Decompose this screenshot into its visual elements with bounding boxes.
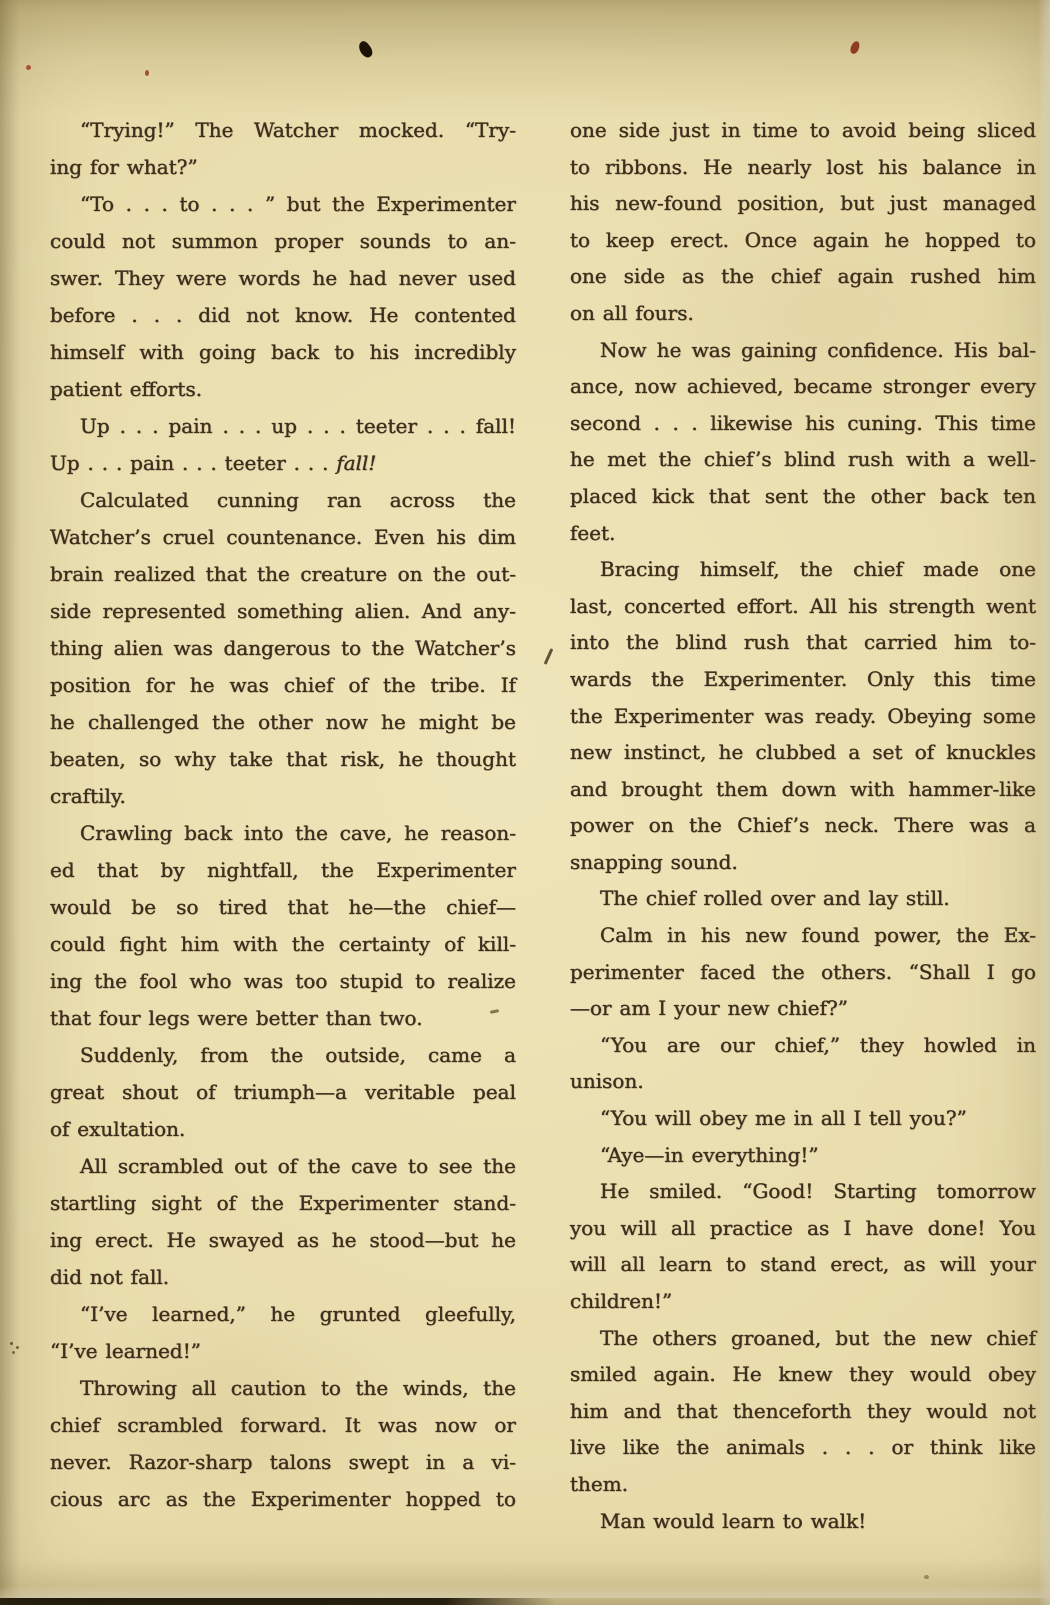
- text-line: Man would learn to walk!: [570, 1503, 1036, 1540]
- text-line: Throwing all caution to the winds, the: [50, 1370, 516, 1407]
- text-line: will all learn to stand erect, as will y…: [570, 1246, 1036, 1283]
- text-line: “Aye—in everything!”: [570, 1137, 1036, 1174]
- text-line: live like the animals . . . or think lik…: [570, 1429, 1036, 1466]
- text-line: could not summon proper sounds to an-: [50, 223, 516, 260]
- text-line: power on the Chief’s neck. There was a: [570, 807, 1036, 844]
- text-line: swer. They were words he had never used: [50, 260, 516, 297]
- text-line: that four legs were better than two.: [50, 1000, 516, 1037]
- text-line: on all fours.: [570, 295, 1036, 332]
- text-line: the Experimenter was ready. Obeying some: [570, 698, 1036, 735]
- text-line: Suddenly, from the outside, came a: [50, 1037, 516, 1074]
- text-line: “I’ve learned!”: [50, 1333, 516, 1370]
- text-line: snapping sound.: [570, 844, 1036, 881]
- text-line: ed that by nightfall, the Experimenter: [50, 852, 516, 889]
- text-line: never. Razor-sharp talons swept in a vi-: [50, 1444, 516, 1481]
- text-line: “To . . . to . . . ” but the Experimente…: [50, 186, 516, 223]
- text-line: The chief rolled over and lay still.: [570, 880, 1036, 917]
- text-line: second . . . likewise his cuning. This t…: [570, 405, 1036, 442]
- text-line: and brought them down with hammer-like: [570, 771, 1036, 808]
- text-line: before . . . did not know. He contented: [50, 297, 516, 334]
- text-line: He smiled. “Good! Starting tomorrow: [570, 1173, 1036, 1210]
- text-line: of exultation.: [50, 1111, 516, 1148]
- text-line: himself with going back to his incredibl…: [50, 334, 516, 371]
- text-line: cious arc as the Experimenter hopped to: [50, 1481, 516, 1518]
- text-column-left: “Trying!” The Watcher mocked. “Try-ing f…: [50, 112, 516, 1518]
- text-line: great shout of triumph—a veritable peal: [50, 1074, 516, 1111]
- text-line: Calm in his new found power, the Ex-: [570, 917, 1036, 954]
- text-column-right: one side just in time to avoid being sli…: [570, 112, 1036, 1539]
- page-bottom-highlight: [0, 1586, 1050, 1598]
- text-line: startling sight of the Experimenter stan…: [50, 1185, 516, 1222]
- text-line: “You are our chief,” they howled in: [570, 1027, 1036, 1064]
- text-line: to keep erect. Once again he hopped to: [570, 222, 1036, 259]
- ink-speck: [849, 40, 861, 55]
- text-line: Watcher’s cruel countenance. Even his di…: [50, 519, 516, 556]
- text-line: did not fall.: [50, 1259, 516, 1296]
- text-line: “I’ve learned,” he grunted gleefully,: [50, 1296, 516, 1333]
- text-line: them.: [570, 1466, 1036, 1503]
- text-line: he met the chief’s blind rush with a wel…: [570, 441, 1036, 478]
- text-line: unison.: [570, 1063, 1036, 1100]
- text-line: side represented something alien. And an…: [50, 593, 516, 630]
- text-line: chief scrambled forward. It was now or: [50, 1407, 516, 1444]
- text-line: ing erect. He swayed as he stood—but he: [50, 1222, 516, 1259]
- ink-speck: [145, 70, 149, 76]
- text-line: placed kick that sent the other back ten: [570, 478, 1036, 515]
- text-line: ing for what?”: [50, 149, 516, 186]
- text-line: would be so tired that he—the chief—: [50, 889, 516, 926]
- text-line: All scrambled out of the cave to see the: [50, 1148, 516, 1185]
- text-line: Up . . . pain . . . teeter . . . fall!: [50, 445, 516, 482]
- ink-speck: [10, 1342, 13, 1345]
- text-line: Up . . . pain . . . up . . . teeter . . …: [50, 408, 516, 445]
- text-line: into the blind rush that carried him to-: [570, 624, 1036, 661]
- page-edge-shadow: [0, 1598, 556, 1605]
- text-line: wards the Experimenter. Only this time: [570, 661, 1036, 698]
- text-line: craftily.: [50, 778, 516, 815]
- text-line: children!”: [570, 1283, 1036, 1320]
- text-line: “You will obey me in all I tell you?”: [570, 1100, 1036, 1137]
- ink-speck: [26, 65, 31, 70]
- text-line: Bracing himself, the chief made one: [570, 551, 1036, 588]
- text-line: his new-found position, but just managed: [570, 185, 1036, 222]
- text-line: thing alien was dangerous to the Watcher…: [50, 630, 516, 667]
- text-line: Calculated cunning ran across the: [50, 482, 516, 519]
- text-line: “Trying!” The Watcher mocked. “Try-: [50, 112, 516, 149]
- text-line: ance, now achieved, became stronger ever…: [570, 368, 1036, 405]
- text-line: last, concerted effort. All his strength…: [570, 588, 1036, 625]
- text-line: Crawling back into the cave, he reason-: [50, 815, 516, 852]
- ink-speck: [356, 39, 375, 59]
- ink-speck: [924, 1575, 929, 1579]
- ink-speck: [544, 648, 554, 665]
- text-line: you will all practice as I have done! Yo…: [570, 1210, 1036, 1247]
- text-line: he challenged the other now he might be: [50, 704, 516, 741]
- text-line: one side just in time to avoid being sli…: [570, 112, 1036, 149]
- text-line: beaten, so why take that risk, he though…: [50, 741, 516, 778]
- text-line: patient efforts.: [50, 371, 516, 408]
- text-line: brain realized that the creature on the …: [50, 556, 516, 593]
- text-line: smiled again. He knew they would obey: [570, 1356, 1036, 1393]
- text-line: could fight him with the certainty of ki…: [50, 926, 516, 963]
- text-line: new instinct, he clubbed a set of knuckl…: [570, 734, 1036, 771]
- text-line: position for he was chief of the tribe. …: [50, 667, 516, 704]
- magazine-page: “Trying!” The Watcher mocked. “Try-ing f…: [0, 0, 1050, 1605]
- text-line: feet.: [570, 515, 1036, 552]
- text-line: ing the fool who was too stupid to reali…: [50, 963, 516, 1000]
- text-line: perimenter faced the others. “Shall I go: [570, 954, 1036, 991]
- text-line: him and that thenceforth they would not: [570, 1393, 1036, 1430]
- text-line: The others groaned, but the new chief: [570, 1320, 1036, 1357]
- text-line: one side as the chief again rushed him: [570, 258, 1036, 295]
- text-line: Now he was gaining confidence. His bal-: [570, 332, 1036, 369]
- text-line: to ribbons. He nearly lost his balance i…: [570, 149, 1036, 186]
- text-line: —or am I your new chief?”: [570, 990, 1036, 1027]
